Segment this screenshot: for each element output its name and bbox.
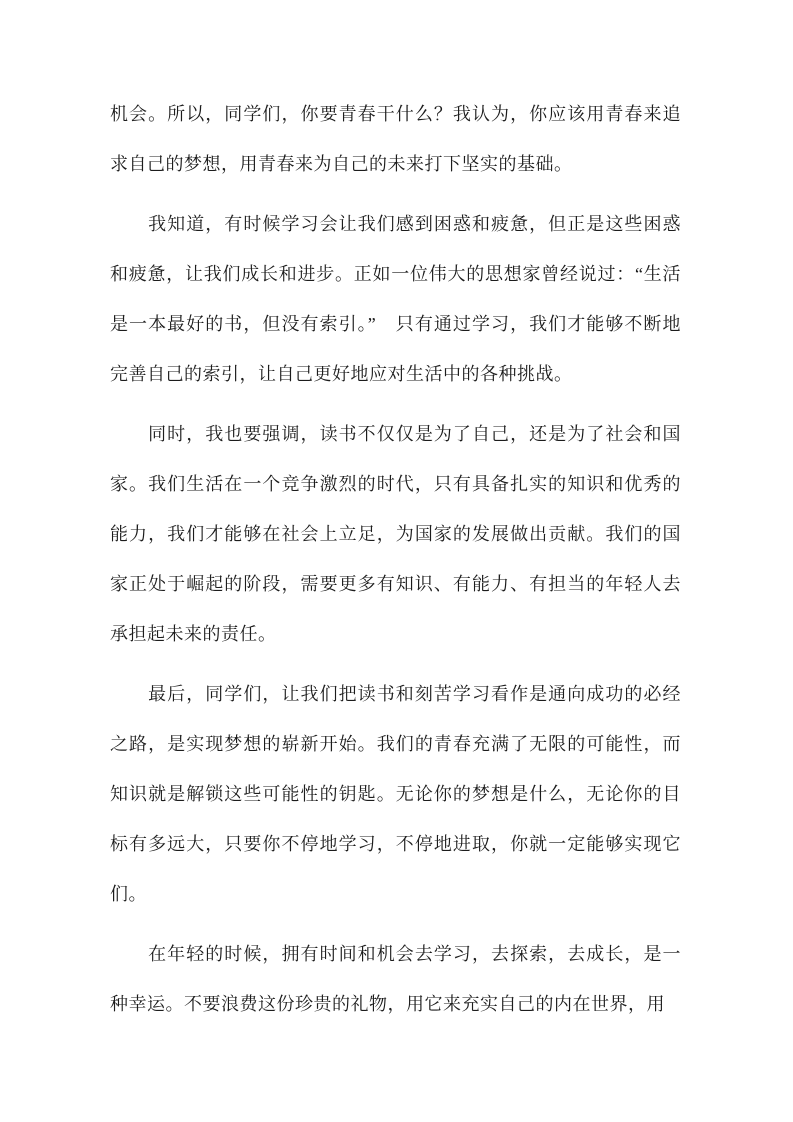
text-line: 种幸运。不要浪费这份珍贵的礼物，用它来充实自己的内在世界，用: [110, 979, 681, 1029]
text-line: 家正处于崛起的阶段，需要更多有知识、有能力、有担当的年轻人去: [110, 559, 681, 609]
paragraph: 最后，同学们，让我们把读书和刻苦学习看作是通向成功的必经之路，是实现梦想的崭新开…: [110, 669, 681, 919]
text-line: 承担起未来的责任。: [110, 609, 681, 659]
document-text-block: 机会。所以，同学们，你要青春干什么？我认为，你应该用青春来追求自己的梦想，用青春…: [0, 0, 793, 1029]
text-line: 们。: [110, 869, 681, 919]
text-line: 我知道，有时候学习会让我们感到困惑和疲惫，但正是这些困惑: [110, 199, 681, 249]
text-line: 和疲惫，让我们成长和进步。正如一位伟大的思想家曾经说过：“生活: [110, 249, 681, 299]
text-line: 之路，是实现梦想的崭新开始。我们的青春充满了无限的可能性，而: [110, 719, 681, 769]
text-line: 完善自己的索引，让自己更好地应对生活中的各种挑战。: [110, 349, 681, 399]
text-line: 机会。所以，同学们，你要青春干什么？我认为，你应该用青春来追: [110, 89, 681, 139]
text-line: 家。我们生活在一个竞争激烈的时代，只有具备扎实的知识和优秀的: [110, 459, 681, 509]
paragraph: 机会。所以，同学们，你要青春干什么？我认为，你应该用青春来追求自己的梦想，用青春…: [110, 89, 681, 189]
text-line: 同时，我也要强调，读书不仅仅是为了自己，还是为了社会和国: [110, 409, 681, 459]
paragraph: 在年轻的时候，拥有时间和机会去学习，去探索，去成长，是一种幸运。不要浪费这份珍贵…: [110, 929, 681, 1029]
text-line: 求自己的梦想，用青春来为自己的未来打下坚实的基础。: [110, 139, 681, 189]
text-line: 是一本最好的书，但没有索引。” 只有通过学习，我们才能够不断地: [110, 299, 681, 349]
paragraph: 同时，我也要强调，读书不仅仅是为了自己，还是为了社会和国家。我们生活在一个竞争激…: [110, 409, 681, 659]
paragraph: 我知道，有时候学习会让我们感到困惑和疲惫，但正是这些困惑和疲惫，让我们成长和进步…: [110, 199, 681, 399]
text-line: 标有多远大，只要你不停地学习，不停地进取，你就一定能够实现它: [110, 819, 681, 869]
document-page: 机会。所以，同学们，你要青春干什么？我认为，你应该用青春来追求自己的梦想，用青春…: [0, 0, 793, 1122]
text-line: 在年轻的时候，拥有时间和机会去学习，去探索，去成长，是一: [110, 929, 681, 979]
text-line: 知识就是解锁这些可能性的钥匙。无论你的梦想是什么，无论你的目: [110, 769, 681, 819]
text-line: 能力，我们才能够在社会上立足，为国家的发展做出贡献。我们的国: [110, 509, 681, 559]
text-line: 最后，同学们，让我们把读书和刻苦学习看作是通向成功的必经: [110, 669, 681, 719]
